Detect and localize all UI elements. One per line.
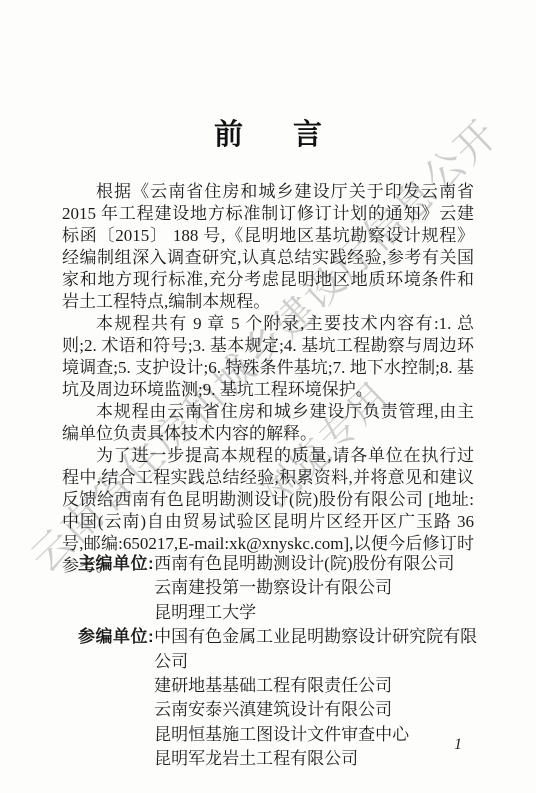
- preface-paragraph: 本规程共有 9 章 5 个附录,主要技术内容有:1. 总则;2. 术语和符号;3…: [62, 313, 474, 401]
- unit-name: 昆明恒基施工图设计文件审查中心: [154, 723, 482, 747]
- unit-name: 昆明军龙岩土工程有限公司: [154, 747, 482, 771]
- page-content: 前言 根据《云南省住房和城乡建设厅关于印发云南省 2015 年工程建设地方标准制…: [0, 0, 536, 793]
- participating-unit-label: 参编单位:: [78, 625, 154, 649]
- unit-name: 云南建投第一勘察设计有限公司: [154, 576, 482, 600]
- participating-unit-names: 中国有色金属工业昆明勘察设计研究院有限公司 建研地基基础工程有限责任公司 云南安…: [154, 625, 482, 771]
- unit-name: 中国有色金属工业昆明勘察设计研究院有限公司: [154, 625, 482, 674]
- chief-editor-unit: 主编单位: 西南有色昆明勘测设计(院)股份有限公司 云南建投第一勘察设计有限公司…: [78, 552, 482, 625]
- unit-name: 西南有色昆明勘测设计(院)股份有限公司: [154, 552, 482, 576]
- unit-name: 云南安泰兴滇建筑设计有限公司: [154, 698, 482, 722]
- unit-name: 昆明理工大学: [154, 601, 482, 625]
- preface-paragraph: 本规程由云南省住房和城乡建设厅负责管理,由主编单位负责具体技术内容的解释。: [62, 401, 474, 445]
- preface-paragraph: 根据《云南省住房和城乡建设厅关于印发云南省 2015 年工程建设地方标准制订修订…: [62, 181, 474, 313]
- chief-editor-names: 西南有色昆明勘测设计(院)股份有限公司 云南建投第一勘察设计有限公司 昆明理工大…: [154, 552, 482, 625]
- participating-unit: 参编单位: 中国有色金属工业昆明勘察设计研究院有限公司 建研地基基础工程有限责任…: [78, 625, 482, 771]
- chief-editor-label: 主编单位:: [78, 552, 154, 576]
- document-page: 云南省住房和城乡建设厅信息公开 浏览专用 前言 根据《云南省住房和城乡建设厅关于…: [0, 0, 536, 793]
- page-number: 1: [454, 736, 462, 754]
- page-title: 前言: [0, 112, 536, 153]
- units-section: 主编单位: 西南有色昆明勘测设计(院)股份有限公司 云南建投第一勘察设计有限公司…: [78, 552, 482, 772]
- unit-name: 建研地基基础工程有限责任公司: [154, 674, 482, 698]
- preface-body: 根据《云南省住房和城乡建设厅关于印发云南省 2015 年工程建设地方标准制订修订…: [62, 181, 474, 577]
